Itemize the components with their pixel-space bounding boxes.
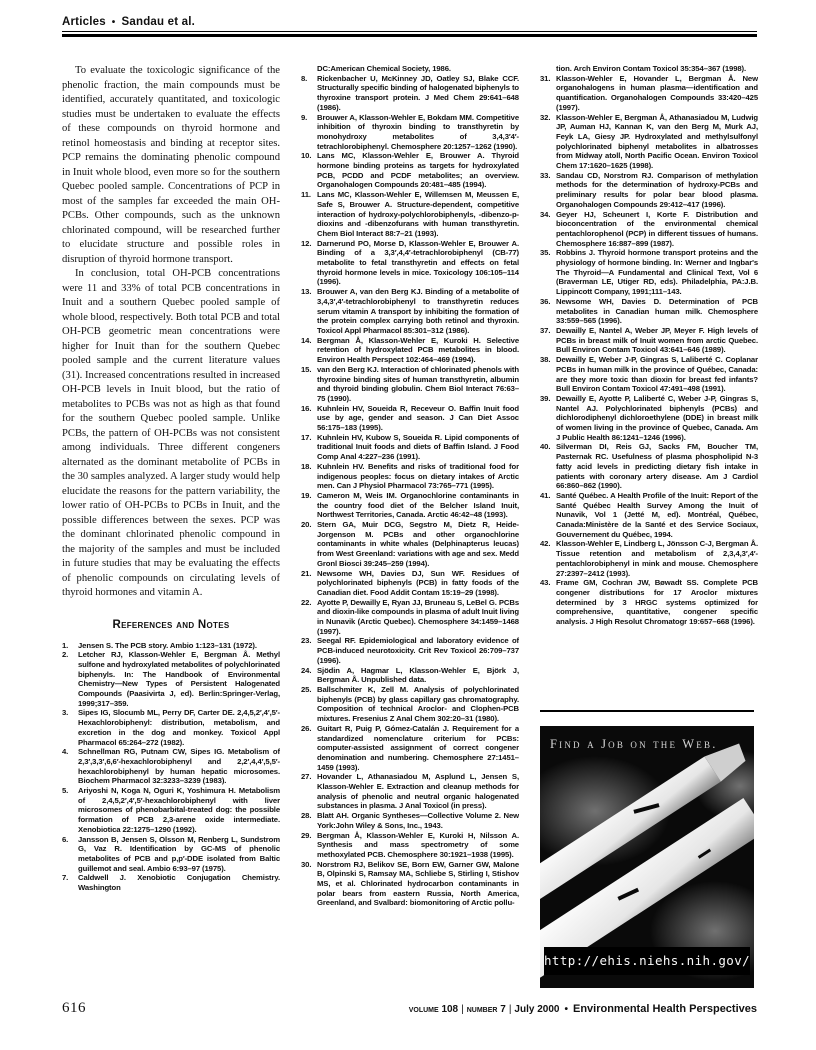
reference-list-column2: 8. Rickenbacher U, McKinney JD, Oatley S… [301,74,519,908]
reference-text: Caldwell J. Xenobiotic Conjugation Chemi… [78,873,280,892]
reference-text: Ayotte P, Dewailly E, Ryan JJ, Bruneau S… [317,598,519,637]
reference-number: 21. [301,569,317,598]
reference-item: 25. Ballschmiter K, Zell M. Analysis of … [301,685,519,724]
reference-number: 27. [301,772,317,811]
reference-text: Bergman Å, Klasson-Wehler E, Kuroki H, N… [317,831,519,860]
reference-number: 24. [301,666,317,685]
reference-text: Schnellman RG, Putnam CW, Sipes IG. Meta… [78,747,280,786]
reference-item: 39. Dewailly E, Ayotte P, Laliberté C, W… [540,394,758,443]
header-rule-thick [62,34,757,37]
volume-value: 108 [441,1004,458,1015]
ad-headline: Find a Job on the Web. [550,737,750,752]
number-value: 7 [500,1004,506,1015]
reference-text: Jensen S. The PCB story. Ambio 1:123–131… [78,641,280,651]
reference-item: 21. Newsome WH, Davies DJ, Sun WF. Resid… [301,569,519,598]
header-text: Articles•Sandau et al. [62,16,757,28]
reference-text: Kuhnlein HV. Benefits and risks of tradi… [317,462,519,491]
body-paragraph-2: In conclusion, total OH-PCB concentratio… [62,267,280,601]
reference-text: Ariyoshi N, Koga N, Oguri K, Yoshimura H… [78,786,280,835]
reference-item: 3. Sipes IG, Slocumb ML, Perry DF, Carte… [62,708,280,747]
reference-item: 5. Ariyoshi N, Koga N, Oguri K, Yoshimur… [62,786,280,835]
reference-item: 15. van den Berg KJ. Interaction of chlo… [301,365,519,404]
column-3: 0. tion. Arch Environ Contam Toxicol 35:… [540,64,758,1002]
reference-text: Norstrom RJ, Belikov SE, Born EW, Garner… [317,860,519,909]
reference-item: 16. Kuhnlein HV, Soueida R, Receveur O. … [301,404,519,433]
reference-number: 2. [62,650,78,708]
reference-text: Brouwer A, van den Berg KJ. Binding of a… [317,287,519,336]
reference-item: 38. Dewailly E, Weber J-P, Gingras S, La… [540,355,758,394]
page-footer: 616 volume 108|number 7|July 2000•Enviro… [62,1000,757,1017]
reference-text: Hovander L, Athanasiadou M, Asplund L, J… [317,772,519,811]
reference-item: 18. Kuhnlein HV. Benefits and risks of t… [301,462,519,491]
reference-text: Blatt AH. Organic Syntheses—Collective V… [317,811,519,830]
reference-text: Bergman Å, Klasson-Wehler E, Kuroki H. S… [317,336,519,365]
journal-name: Environmental Health Perspectives [573,1003,757,1015]
reference-number: 22. [301,598,317,637]
reference-text: Klasson-Wehler E, Lindberg L, Jönsson C-… [556,539,758,578]
reference-item: 20. Stern GA, Muir DCG, Segstro M, Dietz… [301,520,519,569]
reference-number: 39. [540,394,556,443]
reference-item: 43. Frame GM, Cochran JW, Bøwadt SS. Com… [540,578,758,627]
reference-text: Robbins J. Thyroid hormone transport pro… [556,248,758,297]
reference-number: 36. [540,297,556,326]
reference-continuation: 0. tion. Arch Environ Contam Toxicol 35:… [540,64,758,74]
reference-continuation-text: tion. Arch Environ Contam Toxicol 35:354… [556,64,758,74]
reference-text: Newsome WH, Davies D. Determination of P… [556,297,758,326]
reference-text: Sipes IG, Slocumb ML, Perry DF, Carter D… [78,708,280,747]
reference-number: 6. [62,835,78,874]
reference-number: 10. [301,151,317,190]
reference-number: 41. [540,491,556,540]
reference-number: 33. [540,171,556,210]
reference-text: Dewailly E, Weber J-P, Gingras S, Lalibe… [556,355,758,394]
reference-item: 40. Silverman DI, Reis GJ, Sacks FM, Bou… [540,442,758,491]
journal-page: Articles•Sandau et al. To evaluate the t… [0,0,816,1050]
reference-item: 22. Ayotte P, Dewailly E, Ryan JJ, Brune… [301,598,519,637]
reference-number: 12. [301,239,317,288]
job-ad[interactable]: Find a Job on the Web. http://ehis.niehs… [540,726,754,988]
reference-text: Frame GM, Cochran JW, Bøwadt SS. Complet… [556,578,758,627]
header-rule-thin [62,31,757,32]
body-paragraph-1: To evaluate the toxicologic significance… [62,64,280,267]
reference-text: van den Berg KJ. Interaction of chlorina… [317,365,519,404]
reference-number: 9. [301,113,317,152]
volume-label: volume [409,1004,439,1015]
reference-text: Sjödin A, Hagmar L, Klasson-Wehler E, Bj… [317,666,519,685]
reference-text: Darnerund PO, Morse D, Klasson-Wehler E,… [317,239,519,288]
reference-number: 40. [540,442,556,491]
footer-bullet: • [564,1004,568,1015]
reference-text: Dewailly E, Ayotte P, Laliberté C, Weber… [556,394,758,443]
running-header: Articles•Sandau et al. [62,16,757,37]
reference-text: Lans MC, Klasson-Wehler E, Willemsen M, … [317,190,519,239]
reference-number: 16. [301,404,317,433]
column-2: 0. DC:American Chemical Society, 1986. 8… [301,64,519,1002]
reference-item: 7. Caldwell J. Xenobiotic Conjugation Ch… [62,873,280,892]
separator: | [461,1004,464,1015]
reference-number: 4. [62,747,78,786]
reference-item: 34. Geyer HJ, Scheunert I, Korte F. Dist… [540,210,758,249]
reference-item: 17. Kuhnlein HV, Kubow S, Soueida R. Lip… [301,433,519,462]
reference-number: 34. [540,210,556,249]
reference-number: 17. [301,433,317,462]
reference-item: 37. Dewailly E, Nantel A, Weber JP, Meye… [540,326,758,355]
reference-item: 6. Jansson B, Jensen S, Olsson M, Renber… [62,835,280,874]
page-number: 616 [62,1000,86,1017]
reference-text: Letcher RJ, Klasson-Wehler E, Bergman Å.… [78,650,280,708]
reference-number: 37. [540,326,556,355]
reference-text: Lans MC, Klasson-Wehler E, Brouwer A. Th… [317,151,519,190]
reference-number: 15. [301,365,317,404]
reference-item: 41. Santé Québec. A Health Profile of th… [540,491,758,540]
reference-item: 13. Brouwer A, van den Berg KJ. Binding … [301,287,519,336]
reference-text: Santé Québec. A Health Profile of the In… [556,491,758,540]
reference-item: 35. Robbins J. Thyroid hormone transport… [540,248,758,297]
reference-number: 28. [301,811,317,830]
reference-list-column1: 1. Jensen S. The PCB story. Ambio 1:123–… [62,641,280,893]
reference-continuation-text: DC:American Chemical Society, 1986. [317,64,519,74]
reference-item: 2. Letcher RJ, Klasson-Wehler E, Bergman… [62,650,280,708]
reference-item: 26. Guitart R, Puig P, Gómez-Catalán J. … [301,724,519,773]
reference-text: Dewailly E, Nantel A, Weber JP, Meyer F.… [556,326,758,355]
reference-text: Klasson-Wehler E, Hovander L, Bergman Å.… [556,74,758,113]
reference-text: Guitart R, Puig P, Gómez-Catalán J. Requ… [317,724,519,773]
reference-text: Klasson-Wehler E, Bergman Å, Athanasiado… [556,113,758,171]
reference-number: 26. [301,724,317,773]
reference-item: 4. Schnellman RG, Putnam CW, Sipes IG. M… [62,747,280,786]
reference-item: 27. Hovander L, Athanasiadou M, Asplund … [301,772,519,811]
reference-text: Rickenbacher U, McKinney JD, Oatley SJ, … [317,74,519,113]
separator: | [509,1004,512,1015]
reference-number: 29. [301,831,317,860]
reference-list-column3: 31. Klasson-Wehler E, Hovander L, Bergma… [540,74,758,627]
reference-item: 14. Bergman Å, Klasson-Wehler E, Kuroki … [301,336,519,365]
reference-item: 23. Seegal RF. Epidemiological and labor… [301,636,519,665]
header-section-label: Articles [62,16,106,28]
reference-item: 10. Lans MC, Klasson-Wehler E, Brouwer A… [301,151,519,190]
ad-separator-rule [540,710,754,712]
reference-item: 1. Jensen S. The PCB story. Ambio 1:123–… [62,641,280,651]
reference-item: 31. Klasson-Wehler E, Hovander L, Bergma… [540,74,758,113]
reference-text: Newsome WH, Davies DJ, Sun WF. Residues … [317,569,519,598]
reference-number: 1. [62,641,78,651]
reference-text: Silverman DI, Reis GJ, Sacks FM, Boucher… [556,442,758,491]
reference-text: Kuhnlein HV, Soueida R, Receveur O. Baff… [317,404,519,433]
reference-text: Stern GA, Muir DCG, Segstro M, Dietz R, … [317,520,519,569]
header-authors: Sandau et al. [122,16,196,28]
reference-text: Jansson B, Jensen S, Olsson M, Renberg L… [78,835,280,874]
reference-continuation: 0. DC:American Chemical Society, 1986. [301,64,519,74]
reference-number: 43. [540,578,556,627]
column-1: To evaluate the toxicologic significance… [62,64,280,1002]
reference-text: Seegal RF. Epidemiological and laborator… [317,636,519,665]
reference-text: Sandau CD, Norstrom RJ. Comparison of me… [556,171,758,210]
reference-number: 30. [301,860,317,909]
reference-item: 28. Blatt AH. Organic Syntheses—Collecti… [301,811,519,830]
reference-item: 9. Brouwer A, Klasson-Wehler E, Bokdam M… [301,113,519,152]
reference-number: 32. [540,113,556,171]
reference-number: 20. [301,520,317,569]
reference-text: Geyer HJ, Scheunert I, Korte F. Distribu… [556,210,758,249]
reference-number: 14. [301,336,317,365]
reference-item: 24. Sjödin A, Hagmar L, Klasson-Wehler E… [301,666,519,685]
reference-number: 31. [540,74,556,113]
references-heading: References and Notes [62,619,280,631]
reference-number: 25. [301,685,317,724]
reference-text: Ballschmiter K, Zell M. Analysis of poly… [317,685,519,724]
reference-number: 35. [540,248,556,297]
reference-item: 42. Klasson-Wehler E, Lindberg L, Jönsso… [540,539,758,578]
reference-item: 36. Newsome WH, Davies D. Determination … [540,297,758,326]
reference-item: 8. Rickenbacher U, McKinney JD, Oatley S… [301,74,519,113]
reference-item: 33. Sandau CD, Norstrom RJ. Comparison o… [540,171,758,210]
number-label: number [467,1004,498,1015]
issue-date: July 2000 [514,1004,559,1015]
reference-text: Brouwer A, Klasson-Wehler E, Bokdam MM. … [317,113,519,152]
reference-number: 13. [301,287,317,336]
reference-number: 18. [301,462,317,491]
ad-url-link[interactable]: http://ehis.niehs.nih.gov/ [544,947,750,975]
reference-item: 11. Lans MC, Klasson-Wehler E, Willemsen… [301,190,519,239]
reference-item: 19. Cameron M, Weis IM. Organochlorine c… [301,491,519,520]
reference-number: 3. [62,708,78,747]
reference-number: 19. [301,491,317,520]
reference-item: 12. Darnerund PO, Morse D, Klasson-Wehle… [301,239,519,288]
reference-number: 11. [301,190,317,239]
reference-number: 7. [62,873,78,892]
article-body: To evaluate the toxicologic significance… [62,64,758,1002]
reference-item: 30. Norstrom RJ, Belikov SE, Born EW, Ga… [301,860,519,909]
reference-number: 38. [540,355,556,394]
reference-number: 23. [301,636,317,665]
reference-number: 42. [540,539,556,578]
reference-number: 8. [301,74,317,113]
reference-wrap-column3: 0. tion. Arch Environ Contam Toxicol 35:… [540,64,758,627]
header-bullet: • [112,17,116,28]
reference-item: 32. Klasson-Wehler E, Bergman Å, Athanas… [540,113,758,171]
issue-line: volume 108|number 7|July 2000•Environmen… [409,1003,757,1015]
reference-text: Cameron M, Weis IM. Organochlorine conta… [317,491,519,520]
reference-text: Kuhnlein HV, Kubow S, Soueida R. Lipid c… [317,433,519,462]
reference-item: 29. Bergman Å, Klasson-Wehler E, Kuroki … [301,831,519,860]
reference-number: 5. [62,786,78,835]
